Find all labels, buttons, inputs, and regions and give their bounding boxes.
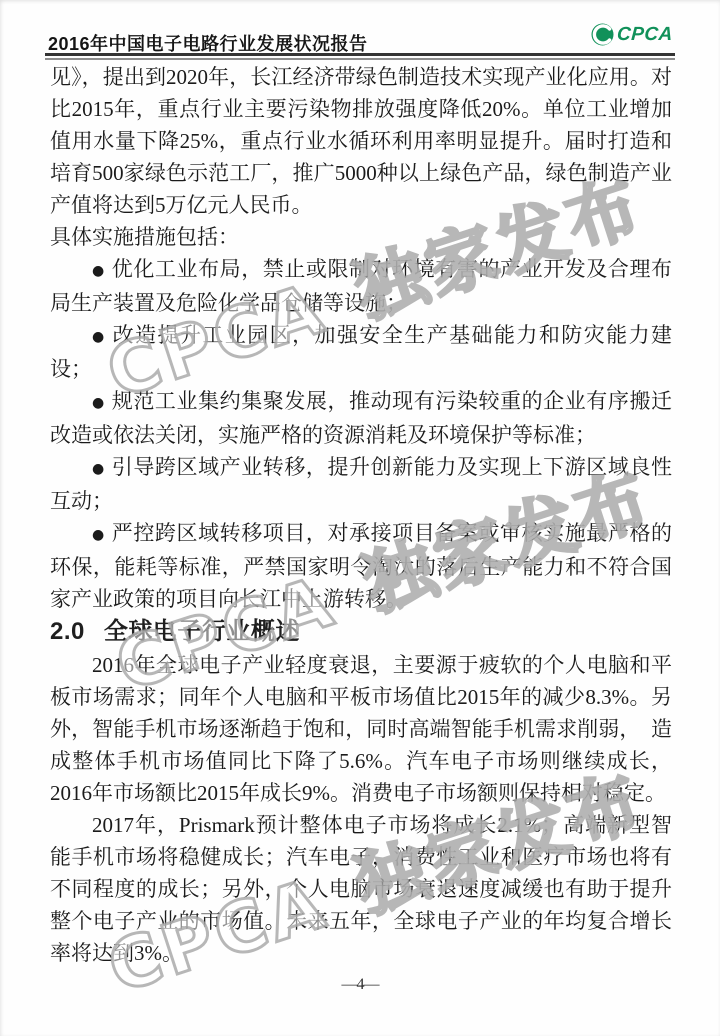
section-title: 全球电子行业概述 bbox=[104, 618, 300, 645]
paragraph-2016-overview: 2016年全球电子产业轻度衰退，主要源于疲软的个人电脑和平板市场需求；同年个人电… bbox=[50, 649, 672, 809]
bullet-item: ●严控跨区域转移项目，对承接项目备案或审核实施最严格的环保，能耗等标准，严禁国家… bbox=[50, 517, 672, 615]
bullet-icon: ● bbox=[92, 329, 106, 345]
bullet-icon: ● bbox=[92, 527, 105, 543]
bullet-icon: ● bbox=[92, 263, 105, 279]
bullet-text: 规范工业集约集聚发展，推动现有污染较重的企业有序搬迁改造或依法关闭，实施严格的资… bbox=[50, 389, 672, 447]
paragraph-continuation: 见》，提出到2020年，长江经济带绿色制造技术实现产业化应用。对比2015年，重… bbox=[50, 61, 672, 221]
document-page: 2016年中国电子电路行业发展状况报告 CPCA 见》，提出到2020年，长江经… bbox=[0, 0, 720, 1036]
page-number: —4— bbox=[0, 976, 720, 994]
bullet-text: 引导跨区域产业转移，提升创新能力及实现上下游区域良性互动； bbox=[50, 455, 672, 513]
bullet-item: ●改造提升工业园区，加强安全生产基础能力和防灾能力建设； bbox=[50, 319, 672, 385]
bullet-item: ●规范工业集约集聚发展，推动现有污染较重的企业有序搬迁改造或依法关闭，实施严格的… bbox=[50, 385, 672, 451]
paragraph-measures-intro: 具体实施措施包括： bbox=[50, 221, 672, 253]
bullet-icon: ● bbox=[92, 395, 105, 411]
header-rule bbox=[45, 53, 675, 60]
document-body: 见》，提出到2020年，长江经济带绿色制造技术实现产业化应用。对比2015年，重… bbox=[50, 61, 672, 969]
bullet-text: 改造提升工业园区，加强安全生产基础能力和防灾能力建设； bbox=[50, 323, 672, 381]
section-number: 2.0 bbox=[50, 618, 85, 645]
cpca-logo-text: CPCA bbox=[616, 24, 673, 46]
bullet-text: 严控跨区域转移项目，对承接项目备案或审核实施最严格的环保，能耗等标准，严禁国家明… bbox=[50, 521, 672, 611]
paragraph-2017-forecast: 2017年，Prismark预计整体电子市场将成长2.1%；高端新型智能手机市场… bbox=[50, 809, 672, 969]
cpca-globe-icon bbox=[591, 23, 614, 46]
section-heading: 2.0全球电子行业概述 bbox=[50, 615, 672, 649]
bullet-icon: ● bbox=[92, 461, 105, 477]
cpca-logo: CPCA bbox=[591, 22, 673, 47]
bullet-item: ●引导跨区域产业转移，提升创新能力及实现上下游区域良性互动； bbox=[50, 451, 672, 517]
bullet-text: 优化工业布局，禁止或限制对环境有害的产业开发及合理布局生产装置及危险化学品仓储等… bbox=[50, 257, 672, 315]
bullet-item: ●优化工业布局，禁止或限制对环境有害的产业开发及合理布局生产装置及危险化学品仓储… bbox=[50, 253, 672, 319]
